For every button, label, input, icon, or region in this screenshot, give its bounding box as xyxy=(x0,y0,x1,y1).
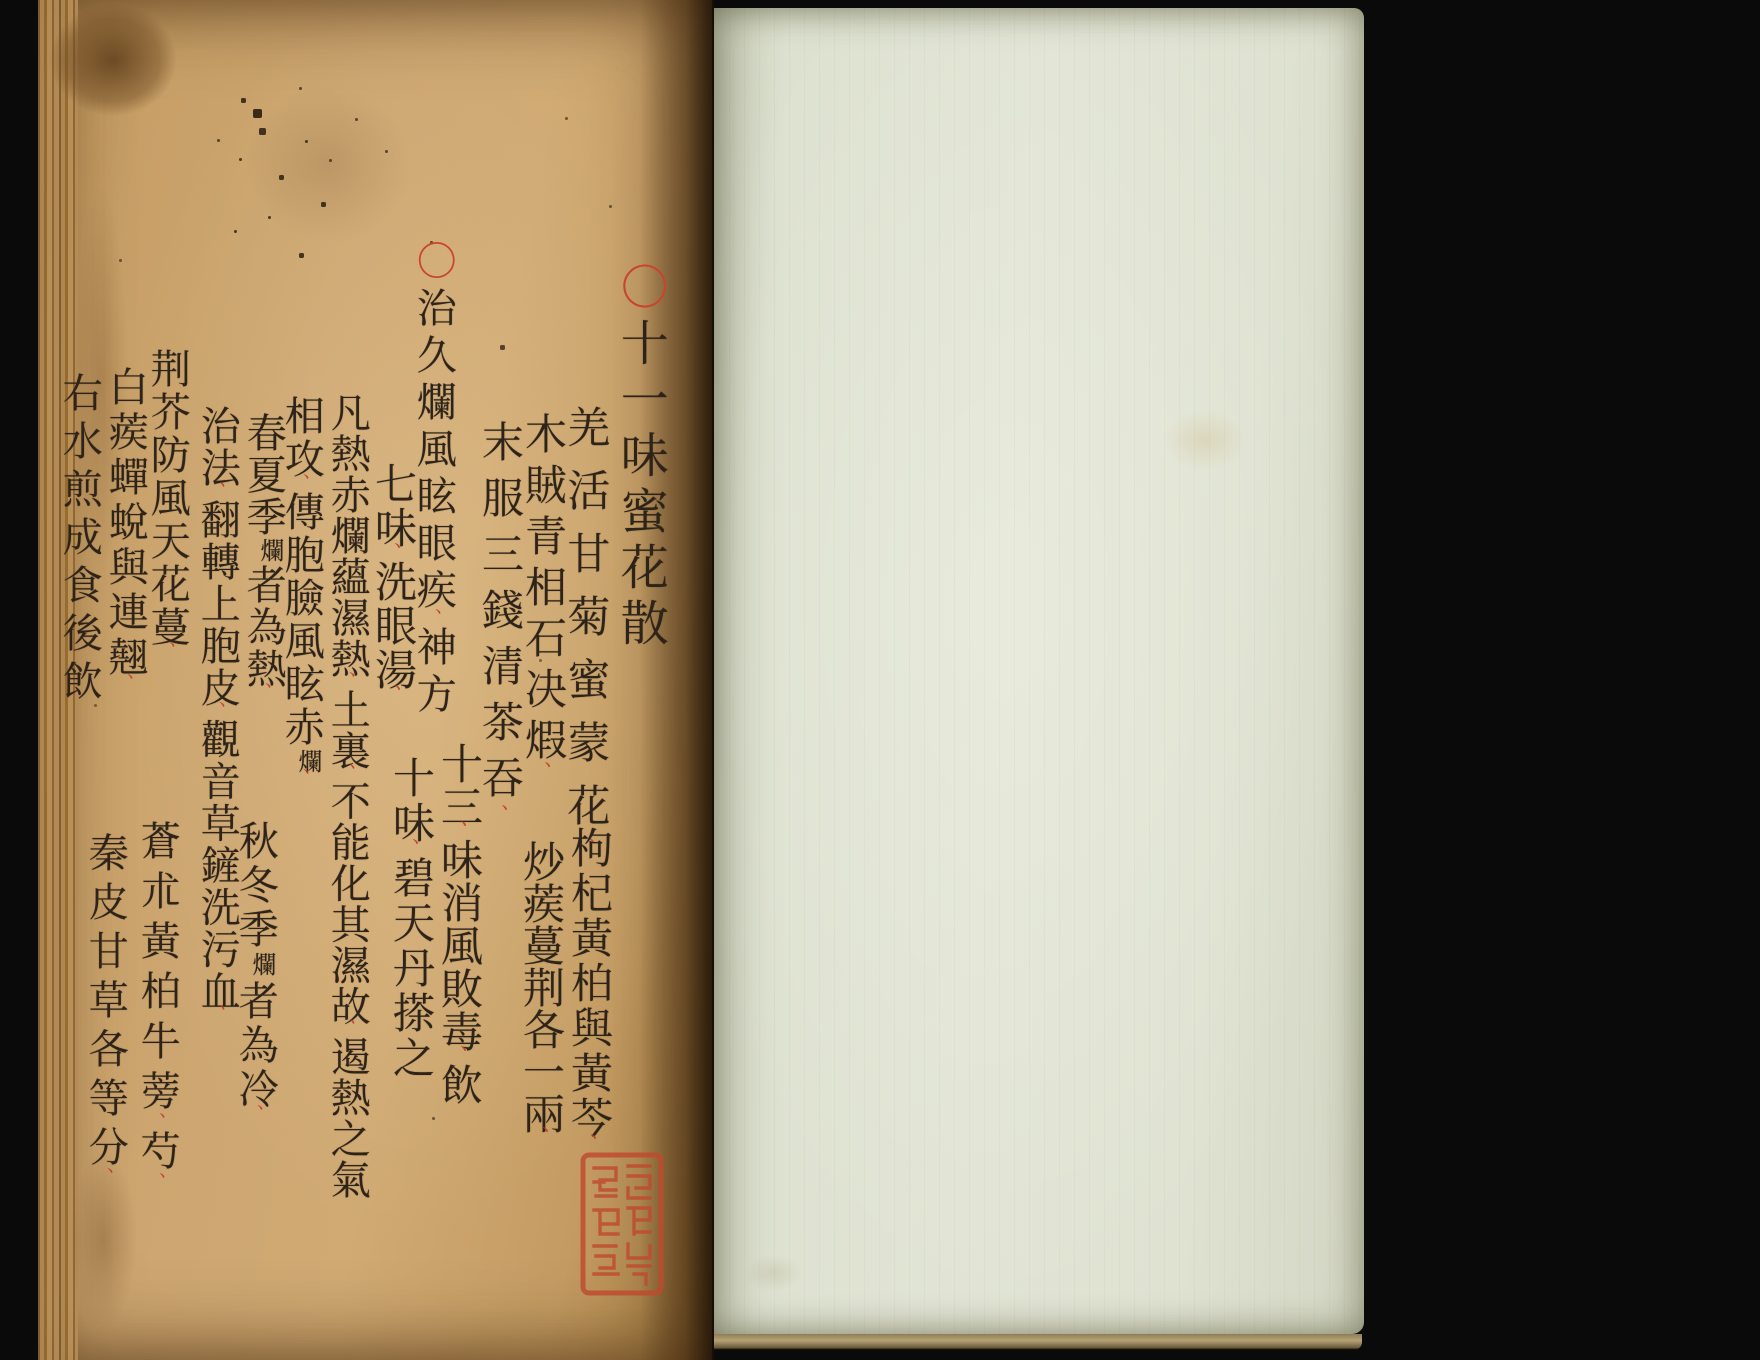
line-jingjie-fangfeng-tianhuaman: 荆芥防風天花蔓、 xyxy=(147,348,187,659)
handwritten-text: 木賊青相石决煆 xyxy=(519,412,568,769)
vermilion-emphasis-mark: 、 xyxy=(155,641,175,661)
vermilion-emphasis-mark: 、 xyxy=(289,473,309,493)
vermilion-section-circle: 〇 xyxy=(410,240,456,287)
handwritten-text: 不能化其濕故 xyxy=(324,780,370,1026)
handwritten-text: 炒蒺蔓荆各一兩 xyxy=(517,840,566,1134)
handwritten-text: 者為冷 xyxy=(232,980,278,1112)
title-qiwei-xiyan-tang: 七味、洗眼湯、 xyxy=(372,462,414,702)
line-you-shuijian-cheng-shihou-yin: 右水煎成食後飲 xyxy=(59,372,99,708)
handwritten-text: 治法 xyxy=(194,405,240,489)
handwritten-text: 秦皮甘草各等分 xyxy=(82,832,128,1175)
line-muzei-qingxiang-shijue-duan: 木賊青相石决煆、 xyxy=(522,412,564,779)
line-qiudong-ji-lan-zhe-wei-leng: 秋冬季爛者為冷、 xyxy=(235,820,275,1122)
handwritten-text: 蒼朮黃柏牛蒡 xyxy=(134,820,180,1120)
handwritten-text: 十一味蜜花散 xyxy=(612,318,668,654)
line-qinpi-gancao-ge-dengfen: 秦皮甘草各等分、 xyxy=(85,832,125,1185)
handwritten-text: 十三 xyxy=(435,742,484,828)
handwritten-text: 荆芥防風天花蔓 xyxy=(144,348,190,649)
vermilion-emphasis-mark: 、 xyxy=(205,481,225,501)
line-shiwei-bitian-dan-cha-zhi: 十味、碧天丹搽之 xyxy=(390,756,432,1081)
vermilion-emphasis-mark: 、 xyxy=(397,838,418,859)
vermilion-emphasis-mark: 、 xyxy=(205,1004,225,1024)
handwritten-text: 飲 xyxy=(435,1063,484,1106)
vermilion-emphasis-mark: 、 xyxy=(421,608,441,628)
vermilion-section-circle: 〇 xyxy=(612,262,668,318)
handwritten-text: 味消風敗毒 xyxy=(435,838,484,1053)
vermilion-emphasis-mark: 、 xyxy=(289,768,309,788)
handwritten-text: 翻轉上胞皮 xyxy=(194,499,240,709)
handwritten-text: 洗眼湯 xyxy=(369,560,418,692)
handwritten-text: 右水煎成食後飲 xyxy=(56,372,102,708)
handwritten-text: 碧天丹搽之 xyxy=(387,856,436,1081)
line-gouqi-huangbai-yu-huangqin: 枸杞黃柏與黃芩、 xyxy=(568,826,610,1151)
title-shiyiwei-mihua-san: 〇十一味蜜花散 xyxy=(616,262,664,654)
vermilion-emphasis-mark: 、 xyxy=(379,542,400,563)
handwritten-text: 白蒺蟬蛻與連翹 xyxy=(102,366,148,681)
vermilion-emphasis-mark: 、 xyxy=(335,1018,355,1038)
handwritten-text: 凡熱赤爛蘊濕熱 xyxy=(324,392,370,679)
collection-seal-stamp xyxy=(580,1152,664,1296)
handwritten-text: 十味 xyxy=(387,756,436,846)
line-mofu-sanqian-qingcha-tun: 末服三錢清茶吞、 xyxy=(479,420,521,822)
line-zhifa-fanzhuan-shangbaopi: 治法、翻轉上胞皮、觀音草鏟洗污血、 xyxy=(197,405,237,1022)
vermilion-emphasis-mark: 、 xyxy=(145,1172,165,1192)
vermilion-emphasis-mark: 、 xyxy=(145,1112,165,1132)
vermilion-emphasis-mark: 、 xyxy=(527,1126,548,1147)
handwritten-text: 爛 xyxy=(258,538,282,564)
vermilion-emphasis-mark: 、 xyxy=(445,820,466,841)
line-cangzhu-huangbai-niubang-shao: 蒼朮黃柏牛蒡、芍、 xyxy=(137,820,177,1189)
handwritten-text: 秋冬季 xyxy=(232,820,278,952)
line-chunxia-ji-lan-zhe-wei-re: 春夏季爛者為熱、 xyxy=(243,412,283,700)
handwritten-text: 七味 xyxy=(369,462,418,550)
handwritten-text: 爛 xyxy=(250,952,274,980)
vermilion-emphasis-mark: 、 xyxy=(575,1133,596,1154)
book-scan: 〇十一味蜜花散羌活甘菊蜜蒙花、木賊青相石决煆、末服三錢清茶吞、〇治久爛風眩眼疾、… xyxy=(0,0,1760,1360)
vermilion-emphasis-mark: 、 xyxy=(243,1104,263,1124)
manuscript-text-layer: 〇十一味蜜花散羌活甘菊蜜蒙花、木賊青相石决煆、末服三錢清茶吞、〇治久爛風眩眼疾、… xyxy=(0,0,1760,1360)
handwritten-text: 土裏 xyxy=(324,689,370,771)
vermilion-emphasis-mark: 、 xyxy=(486,804,507,825)
line-baiji-chantui-yu-lianqiao: 白蒺蟬蛻與連翹、 xyxy=(105,366,145,691)
vermilion-emphasis-mark: 、 xyxy=(251,682,271,702)
vermilion-emphasis-mark: 、 xyxy=(379,684,400,705)
line-qianghuo-ganju-mimenghua: 羌活甘菊蜜蒙花、 xyxy=(563,405,606,856)
vermilion-emphasis-mark: 、 xyxy=(445,1045,466,1066)
title-zhi-jiulan-fengxuan-yanji-shenfang: 〇治久爛風眩眼疾、神方 xyxy=(413,240,453,720)
handwritten-text: 春夏季 xyxy=(240,412,286,538)
vermilion-emphasis-mark: 、 xyxy=(529,761,550,782)
line-chaoji-manjing-ge-yiliang: 炒蒺蔓荆各一兩、 xyxy=(520,840,562,1144)
line-xianggong-chuan-baojian: 相攻、傳胞臉風眩赤爛、 xyxy=(281,395,321,785)
vermilion-emphasis-mark: 、 xyxy=(205,701,225,721)
line-fan-re-chilan-paragraph: 凡熱赤爛蘊濕熱、土裏、不能化其濕故、遏熱之氣 xyxy=(327,392,367,1200)
vermilion-emphasis-mark: 、 xyxy=(93,1167,113,1187)
line-shisanwei-xiaofeng-baidu-yin: 十三、味消風敗毒、飲 xyxy=(438,742,480,1106)
vermilion-emphasis-mark: 、 xyxy=(335,763,355,783)
vermilion-emphasis-mark: 、 xyxy=(335,671,355,691)
handwritten-text: 者為熱 xyxy=(240,564,286,690)
vermilion-emphasis-mark: 、 xyxy=(113,673,133,693)
handwritten-text: 枸杞黃柏與黃芩 xyxy=(565,826,614,1141)
handwritten-text: 遏熱之氣 xyxy=(324,1036,370,1200)
